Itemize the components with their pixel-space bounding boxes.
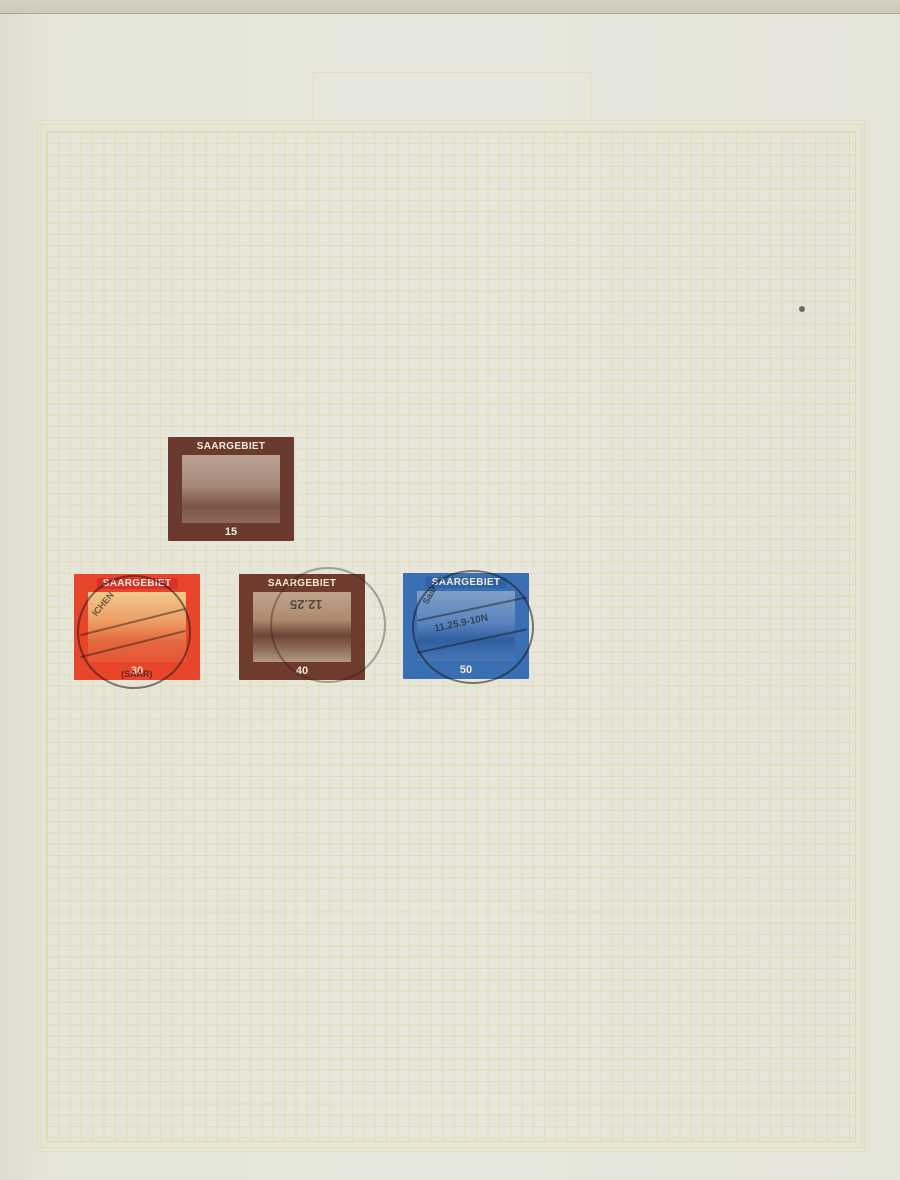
stamp-value: 15	[225, 526, 237, 538]
paper-speck	[799, 306, 805, 312]
stamp-scene	[182, 455, 280, 523]
title-box	[313, 72, 591, 121]
stamp-15-brown: SAARGEBIET 15	[163, 432, 299, 546]
stamp-30-red: SAARGEBIET 30 ICHEN (SAAR)	[69, 569, 205, 685]
stamp-country: SAARGEBIET	[191, 441, 272, 452]
postmark-text: (SAAR)	[121, 669, 153, 679]
stamp-50-blue: SAARGEBIET 50 Saar 11.25.9-10N	[398, 568, 534, 684]
postmark-text: 12.25	[290, 597, 323, 612]
stamp-40-brown: SAARGEBIET 40 12.25	[234, 569, 370, 685]
postmark	[270, 567, 386, 683]
album-top-edge	[0, 0, 900, 14]
